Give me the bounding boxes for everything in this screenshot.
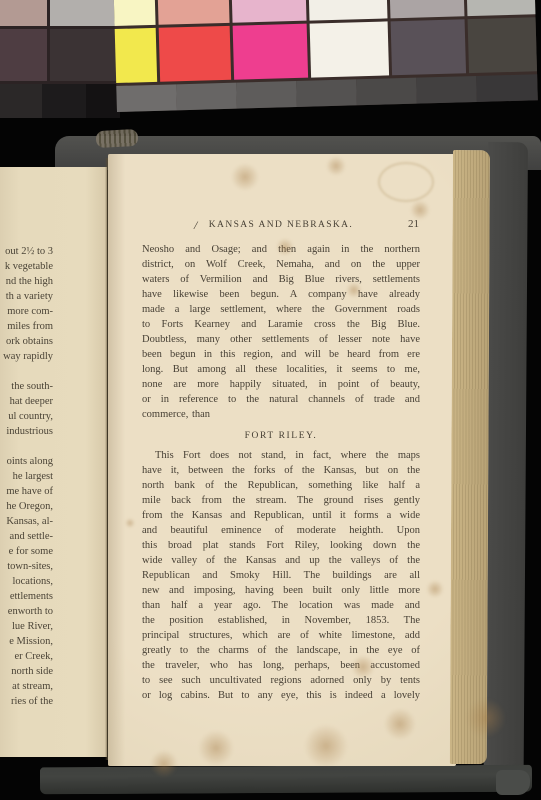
foxing-spot	[466, 698, 506, 738]
foxing-spot	[125, 518, 135, 528]
left-page-text-line: the south-	[0, 379, 53, 394]
color-swatch-row	[0, 29, 120, 81]
left-page-fragment: out 2½ to 3k vegetablend the highth a va…	[0, 167, 107, 757]
left-page-text-line: town-sites,	[0, 559, 53, 574]
left-page-text-line: he largest	[0, 469, 53, 484]
gray-swatch	[476, 74, 538, 102]
text-line: or log cabins. But to any eye, this is i…	[142, 688, 420, 703]
book-cover-right-edge	[483, 142, 528, 790]
paragraph-1: Neosho and Osage; and then again in the …	[142, 242, 420, 422]
color-swatch	[310, 21, 389, 77]
color-swatch-row	[0, 0, 120, 26]
left-page-text-line: locations,	[0, 574, 53, 589]
stray-pen-mark: /	[194, 218, 197, 233]
text-line: the position established, in November, 1…	[142, 613, 420, 628]
left-page-text-line: nd the high	[0, 274, 53, 289]
color-swatch	[391, 19, 466, 75]
left-page-text-line: me have of	[0, 484, 53, 499]
left-page-text-line: e Mission,	[0, 634, 53, 649]
left-page-text-column: out 2½ to 3k vegetablend the highth a va…	[0, 244, 53, 709]
color-swatch	[232, 0, 307, 23]
left-page-text-line	[0, 439, 53, 454]
foxing-spot	[326, 156, 346, 176]
page-fore-edge-stack	[450, 150, 490, 764]
left-page-text-line: e for some	[0, 544, 53, 559]
text-line: district, on Wolf Creek, Nemaha, and on …	[142, 257, 420, 272]
gray-swatch	[236, 81, 297, 109]
left-page-text-line: out 2½ to 3	[0, 244, 53, 259]
book-cover-bottom-edge	[40, 765, 532, 795]
section-heading: FORT RILEY.	[142, 431, 420, 441]
gray-swatch	[116, 84, 177, 112]
foxing-spot	[231, 163, 259, 191]
foxing-spot	[384, 708, 416, 740]
color-swatch	[0, 29, 47, 81]
left-page-text-line: lue River,	[0, 619, 53, 634]
left-page-text-line: he Oregon,	[0, 499, 53, 514]
book-cover-corner	[496, 770, 530, 795]
color-swatch-row	[115, 17, 537, 83]
left-page-text-line: th a variety	[0, 289, 53, 304]
page-header: / KANSAS AND NEBRASKA. 21	[142, 220, 420, 234]
text-line: and beautiful eminence of moderate heigh…	[142, 523, 420, 538]
left-page-text-line: enworth to	[0, 604, 53, 619]
gray-swatch	[356, 78, 417, 106]
book-scan-scene: out 2½ to 3k vegetablend the highth a va…	[0, 0, 541, 800]
text-line: Doubtless, many other settlements of les…	[142, 332, 420, 347]
text-line: to Forts Kearney and Laramie cross the B…	[142, 317, 420, 332]
text-line: new and imposing, having been built only…	[142, 583, 420, 598]
color-calibration-card-main	[114, 0, 538, 112]
book-cover-clasp-ornament	[96, 129, 139, 148]
text-line: waters of Vermilion and Big Blue rivers,…	[142, 272, 420, 287]
text-line: principal structures, which are of white…	[142, 628, 420, 643]
text-line: than half a year ago. The location was m…	[142, 598, 420, 613]
gray-swatch	[176, 83, 237, 111]
color-swatch	[309, 0, 388, 21]
text-line: none are more happily situated, in point…	[142, 377, 420, 392]
color-calibration-card-left	[0, 0, 120, 118]
color-swatch	[0, 0, 47, 26]
color-swatch	[468, 17, 537, 73]
text-line: from the Kansas and Republican, until it…	[142, 508, 420, 523]
color-swatch	[159, 26, 231, 82]
left-page-text-line: ork obtains	[0, 334, 53, 349]
color-swatch	[467, 0, 536, 16]
foxing-spot	[351, 655, 375, 679]
text-line: or in reference to the natural channels …	[142, 392, 420, 407]
gray-swatch	[416, 76, 477, 104]
text-line: commerce, than	[142, 407, 420, 422]
color-swatch	[114, 0, 156, 26]
foxing-spot	[276, 238, 294, 256]
text-line: made a large settlement, where the Gover…	[142, 302, 420, 317]
color-swatch	[158, 0, 230, 25]
foxing-spot	[198, 730, 234, 766]
left-page-text-line: way rapidly	[0, 349, 53, 364]
left-page-text-line	[0, 364, 53, 379]
text-line: long. But among all these localities, it…	[142, 362, 420, 377]
left-page-text-line: Kansas, al-	[0, 514, 53, 529]
color-swatch	[115, 28, 157, 83]
foxing-spot	[304, 724, 348, 768]
text-line: the traveler, who has long, perhaps, bee…	[142, 658, 420, 673]
left-page-text-line: north side	[0, 664, 53, 679]
paragraph-2: This Fort does not stand, in fact, where…	[142, 448, 420, 703]
foxing-spot	[410, 200, 430, 220]
text-line: This Fort does not stand, in fact, where…	[142, 448, 420, 463]
color-swatch	[50, 0, 120, 26]
text-line: this broad plat stands Fort Riley, looki…	[142, 538, 420, 553]
gray-swatch	[86, 84, 120, 118]
left-page-text-line: ries of the	[0, 694, 53, 709]
left-page-text-line: oints along	[0, 454, 53, 469]
gray-swatch	[0, 84, 42, 118]
color-swatch	[50, 29, 120, 81]
running-title: KANSAS AND NEBRASKA.	[142, 220, 420, 230]
color-swatch	[233, 24, 308, 80]
gray-swatch	[42, 84, 86, 118]
color-swatch	[390, 0, 465, 18]
left-page-text-line: at stream,	[0, 679, 53, 694]
foxing-spot	[426, 580, 444, 598]
text-line: have likewise been begun. A company have…	[142, 287, 420, 302]
text-line: Republican and Smoky Hill. The buildings…	[142, 568, 420, 583]
text-line: to see such uncultivated regions adorned…	[142, 673, 420, 688]
text-line: greatly to the charms of the landscape, …	[142, 643, 420, 658]
left-page-text-line: ul country,	[0, 409, 53, 424]
left-page-text-line: ettlements	[0, 589, 53, 604]
page-stain-ring	[378, 162, 434, 202]
text-line: north bank of the Republican, something …	[142, 478, 420, 493]
text-line: mile back from the stream. The ground ri…	[142, 493, 420, 508]
left-page-text-line: k vegetable	[0, 259, 53, 274]
left-page-text-line: er Creek,	[0, 649, 53, 664]
text-line: been begun in this region, and will be h…	[142, 347, 420, 362]
gray-swatch	[296, 79, 357, 107]
foxing-spot	[346, 282, 362, 298]
left-page-text-line: miles from	[0, 319, 53, 334]
left-page-text-line: industrious	[0, 424, 53, 439]
text-line: have it, between the forks of the Kansas…	[142, 463, 420, 478]
left-page-text-line: more com-	[0, 304, 53, 319]
grayscale-strip	[0, 84, 120, 118]
foxing-spot	[150, 750, 178, 778]
left-page-text-line: hat deeper	[0, 394, 53, 409]
left-page-text-line: and settle-	[0, 529, 53, 544]
text-line: wide valley of the Kansas and up the val…	[142, 553, 420, 568]
